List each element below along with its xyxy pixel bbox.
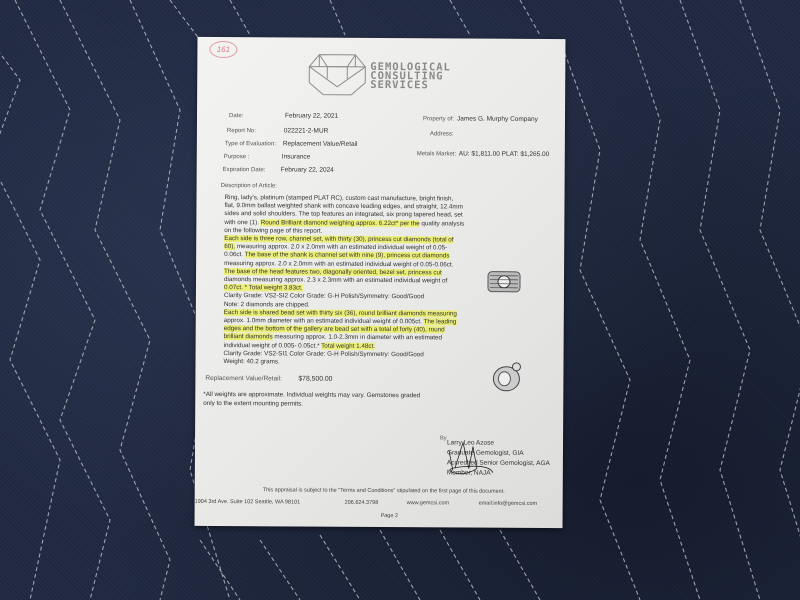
metals-market-label: Metals Market: — [417, 151, 456, 157]
appraisal-document: 161 GEMOLOGICAL CONSULTING SERVICES Date… — [195, 37, 566, 528]
evaluation-type-label: Type of Evaluation: — [225, 141, 276, 147]
appraiser-name: Larry Leo Azose — [447, 439, 494, 446]
replacement-value-label: Replacement Value/Retail: — [205, 375, 282, 382]
footer-phone: 206.624.3798 — [345, 500, 379, 506]
company-name: GEMOLOGICAL CONSULTING SERVICES — [370, 63, 451, 90]
metals-market-value: AU: $1,811.00 PLAT: $1,265.00 — [459, 150, 550, 158]
address-label: Address: — [430, 131, 454, 137]
date-label: Date: — [229, 113, 243, 119]
footer-email: email:info@gemcsi.com — [479, 501, 538, 507]
article-description: Ring, lady's, platinum (stamped PLAT RC)… — [223, 194, 464, 368]
date-value: February 22, 2021 — [285, 112, 338, 119]
by-label: By — [440, 435, 446, 441]
weights-disclaimer: *All weights are approximate. Individual… — [203, 391, 433, 409]
report-no-value: 022221-2-MUR — [284, 127, 328, 134]
footer-address: 1904 3rd Ave. Suite 102 Seattle, WA 9810… — [195, 499, 301, 506]
appraiser-title-aga: Accredited Senior Gemologist, AGA — [447, 459, 550, 467]
evaluation-type-value: Replacement Value/Retail — [283, 140, 358, 147]
property-of-value: James G. Murphy Company — [457, 115, 538, 122]
expiration-value: February 22, 2024 — [281, 166, 334, 173]
ring-photo-side — [490, 359, 524, 395]
purpose-label: Purpose : — [224, 154, 250, 160]
purpose-value: Insurance — [282, 153, 311, 160]
report-no-label: Report No: — [227, 128, 256, 134]
ring-photo-front — [486, 264, 522, 300]
expiration-label: Expiration Date: — [223, 167, 266, 173]
footer-website: www.gemcsi.com — [407, 500, 450, 506]
appraiser-title-gia: Graduate Gemologist, GIA — [447, 449, 524, 456]
property-of-label: Property of: — [423, 116, 454, 122]
replacement-value: $78,500.00 — [298, 376, 332, 383]
description-label: Description of Article: — [221, 183, 277, 189]
gem-logo-icon — [307, 53, 367, 97]
terms-note: This appraisal is subject to the "Terms … — [263, 487, 505, 494]
page-number: Page 2 — [381, 513, 398, 519]
handwritten-page-number: 161 — [209, 41, 237, 58]
appraiser-title-naja: Member, NAJA — [447, 469, 491, 476]
